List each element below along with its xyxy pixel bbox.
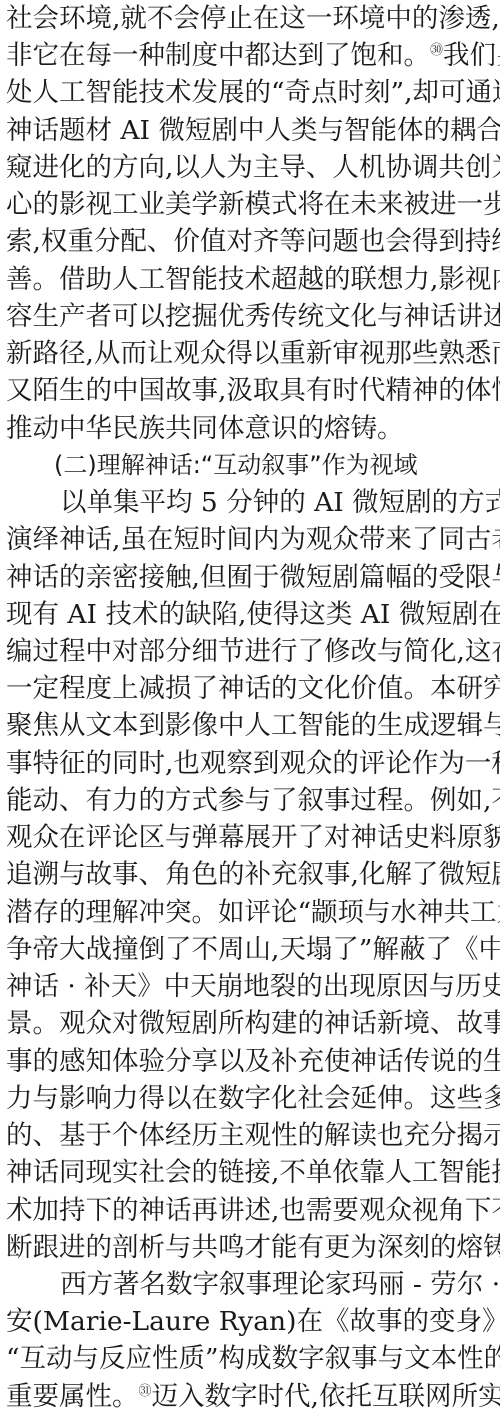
text-line: 观众在评论区与弹幕展开了对神话史料原貌的 [6, 819, 496, 856]
text-line: 景。观众对微短剧所构建的神话新境、故事叙 [6, 1005, 496, 1042]
text-line: 善。借助人工智能技术超越的联想力,影视内 [6, 261, 496, 298]
footnote-marker: ㉛ [139, 1384, 152, 1399]
text-line: 潜存的理解冲突。如评论“颛顼与水神共工为 [6, 894, 496, 931]
text-line: 的、基于个体经历主观性的解读也充分揭示了 [6, 1117, 496, 1154]
text-line: 力与影响力得以在数字化社会延伸。这些多元 [6, 1080, 496, 1117]
text-line: 聚焦从文本到影像中人工智能的生成逻辑与叙 [6, 707, 496, 744]
text-line: 演绎神话,虽在短时间内为观众带来了同古老 [6, 521, 496, 558]
text-line: 新路径,从而让观众得以重新审视那些熟悉而 [6, 335, 496, 372]
text-segment: 迈入数字时代,依托互联网所实现 [152, 1381, 500, 1412]
text-line: 以单集平均 5 分钟的 AI 微短剧的方式来 [6, 484, 496, 521]
text-line: 非它在每一种制度中都达到了饱和。㉚我们身 [6, 37, 496, 74]
text-line: 处人工智能技术发展的“奇点时刻”,却可通过 [6, 74, 496, 111]
text-line: 能动、有力的方式参与了叙事过程。例如,不少 [6, 782, 496, 819]
text-segment: 重要属性。 [6, 1381, 139, 1412]
text-line: 现有 AI 技术的缺陷,使得这类 AI 微短剧在改 [6, 596, 496, 633]
text-segment: 非它在每一种制度中都达到了饱和。 [6, 40, 430, 71]
text-line: 又陌生的中国故事,汲取具有时代精神的体悟, [6, 372, 496, 409]
text-line: 神话 · 补天》中天崩地裂的出现原因与历史背 [6, 968, 496, 1005]
text-line: 推动中华民族共同体意识的熔铸。 [6, 410, 496, 447]
text-line: 窥进化的方向,以人为主导、人机协调共创为核 [6, 149, 496, 186]
text-line: 神话的亲密接触,但囿于微短剧篇幅的受限与 [6, 559, 496, 596]
document-page: 社会环境,就不会停止在这一环境中的渗透,除 非它在每一种制度中都达到了饱和。㉚我… [0, 0, 500, 1415]
text-line: 断跟进的剖析与共鸣才能有更为深刻的熔铸。 [6, 1229, 496, 1266]
text-line: 追溯与故事、角色的补充叙事,化解了微短剧中 [6, 856, 496, 893]
text-line: 一定程度上减损了神话的文化价值。本研究在 [6, 670, 496, 707]
text-segment: 我们身 [443, 40, 500, 71]
text-line: 编过程中对部分细节进行了修改与简化,这在 [6, 633, 496, 670]
text-line: 西方著名数字叙事理论家玛丽 - 劳尔 · 瑞 [6, 1266, 496, 1303]
text-line: 事的感知体验分享以及补充使神话传说的生命 [6, 1043, 496, 1080]
text-line: 事特征的同时,也观察到观众的评论作为一种 [6, 745, 496, 782]
section-heading: (二)理解神话:“互动叙事”作为视域 [6, 447, 496, 484]
footnote-marker: ㉚ [430, 43, 443, 58]
text-line: 安(Marie-Laure Ryan)在《故事的变身》中提出 [6, 1303, 496, 1340]
text-line: 索,权重分配、价值对齐等问题也会得到持续完 [6, 223, 496, 260]
text-line: 争帝大战撞倒了不周山,天塌了”解蔽了《中国 [6, 931, 496, 968]
text-line: 心的影视工业美学新模式将在未来被进一步探 [6, 186, 496, 223]
text-line: “互动与反应性质”构成数字叙事与文本性的 [6, 1340, 496, 1377]
text-line: 神话题材 AI 微短剧中人类与智能体的耦合初 [6, 112, 496, 149]
text-line: 重要属性。㉛迈入数字时代,依托互联网所实现 [6, 1378, 496, 1415]
text-line: 神话同现实社会的链接,不单依靠人工智能技 [6, 1154, 496, 1191]
text-line: 社会环境,就不会停止在这一环境中的渗透,除 [6, 0, 496, 37]
text-line: 容生产者可以挖掘优秀传统文化与神话讲述的 [6, 298, 496, 335]
text-line: 术加持下的神话再讲述,也需要观众视角下不 [6, 1192, 496, 1229]
